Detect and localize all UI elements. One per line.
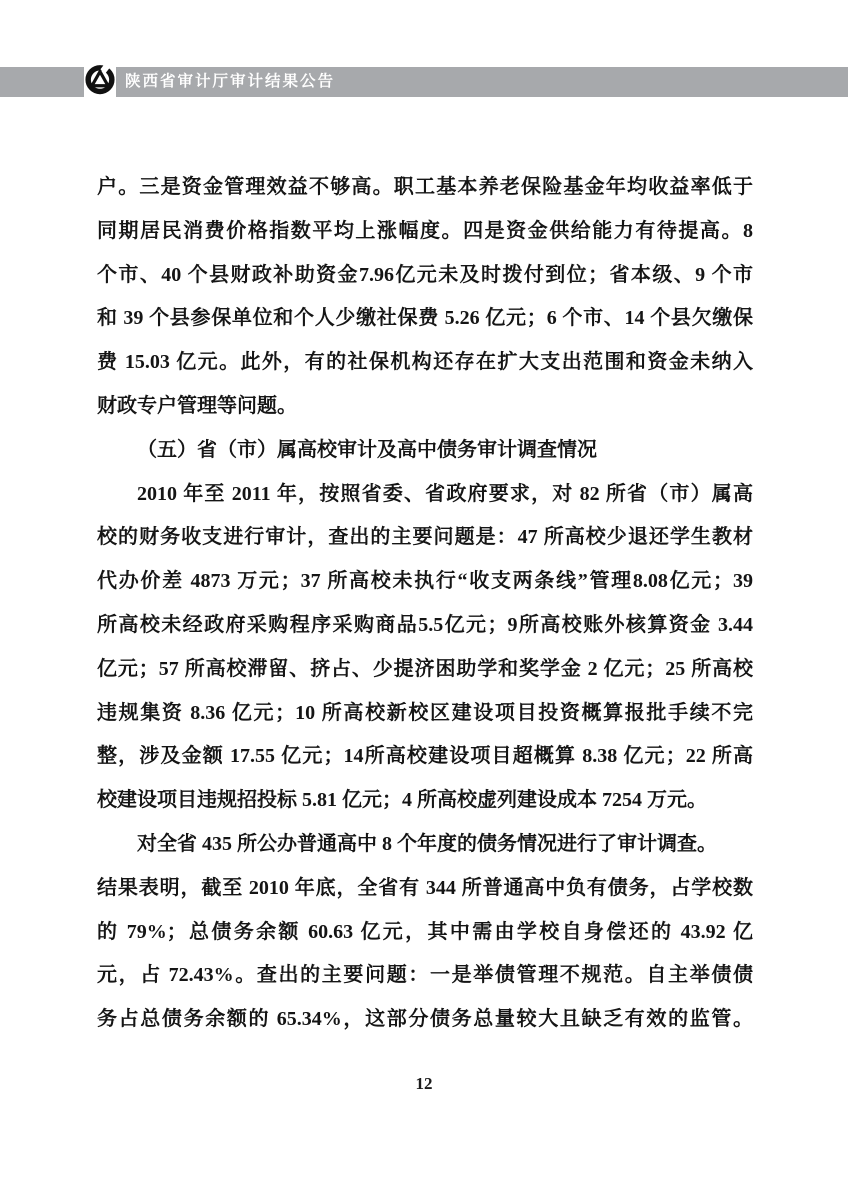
page-number: 12 <box>0 1074 848 1094</box>
body-line: 费 15.03 亿元。此外，有的社保机构还存在扩大支出范围和资金未纳入 <box>97 341 753 385</box>
body-line: 和 39 个县参保单位和个人少缴社保费 5.26 亿元；6 个市、14 个县欠缴… <box>97 297 753 341</box>
document-page: 陕西省审计厅审计结果公告 户。三是资金管理效益不够高。职工基本养老保险基金年均收… <box>0 0 848 1200</box>
body-line: 2010 年至 2011 年，按照省委、省政府要求，对 82 所省（市）属高 <box>97 473 753 517</box>
body-line: 整，涉及金额 17.55 亿元；14所高校建设项目超概算 8.38 亿元；22 … <box>97 735 753 779</box>
body-line: 财政专户管理等问题。 <box>97 385 753 429</box>
header-bar-left <box>0 67 84 97</box>
body-line: 同期居民消费价格指数平均上涨幅度。四是资金供给能力有待提高。8 <box>97 210 753 254</box>
body-line: 结果表明，截至 2010 年底，全省有 344 所普通高中负有债务，占学校数 <box>97 867 753 911</box>
body-line: 元，占 72.43%。查出的主要问题：一是举债管理不规范。自主举债债 <box>97 954 753 998</box>
audit-emblem-icon <box>84 60 116 97</box>
body-line: 务占总债务余额的 65.34%，这部分债务总量较大且缺乏有效的监管。 <box>97 998 753 1042</box>
body-line: 代办价差 4873 万元；37 所高校未执行“收支两条线”管理8.08亿元；39 <box>97 560 753 604</box>
body-line: 校建设项目违规招投标 5.81 亿元；4 所高校虚列建设成本 7254 万元。 <box>97 779 753 823</box>
body-line: 对全省 435 所公办普通高中 8 个年度的债务情况进行了审计调查。 <box>97 823 753 867</box>
body-line: 亿元；57 所高校滞留、挤占、少提济困助学和奖学金 2 亿元；25 所高校 <box>97 648 753 692</box>
header-bar-right: 陕西省审计厅审计结果公告 <box>116 67 848 97</box>
body-line: 户。三是资金管理效益不够高。职工基本养老保险基金年均收益率低于 <box>97 166 753 210</box>
header-title: 陕西省审计厅审计结果公告 <box>116 67 335 97</box>
body-line: 个市、40 个县财政补助资金7.96亿元未及时拨付到位；省本级、9 个市 <box>97 254 753 298</box>
body-line: 所高校未经政府采购程序采购商品5.5亿元；9所高校账外核算资金 3.44 <box>97 604 753 648</box>
body-line: 校的财务收支进行审计，查出的主要问题是：47 所高校少退还学生教材 <box>97 516 753 560</box>
body-line: 违规集资 8.36 亿元；10 所高校新校区建设项目投资概算报批手续不完 <box>97 692 753 736</box>
document-body: 户。三是资金管理效益不够高。职工基本养老保险基金年均收益率低于同期居民消费价格指… <box>97 166 753 1042</box>
body-line: 的 79%；总债务余额 60.63 亿元，其中需由学校自身偿还的 43.92 亿 <box>97 911 753 955</box>
body-line: （五）省（市）属高校审计及高中债务审计调查情况 <box>97 429 753 473</box>
